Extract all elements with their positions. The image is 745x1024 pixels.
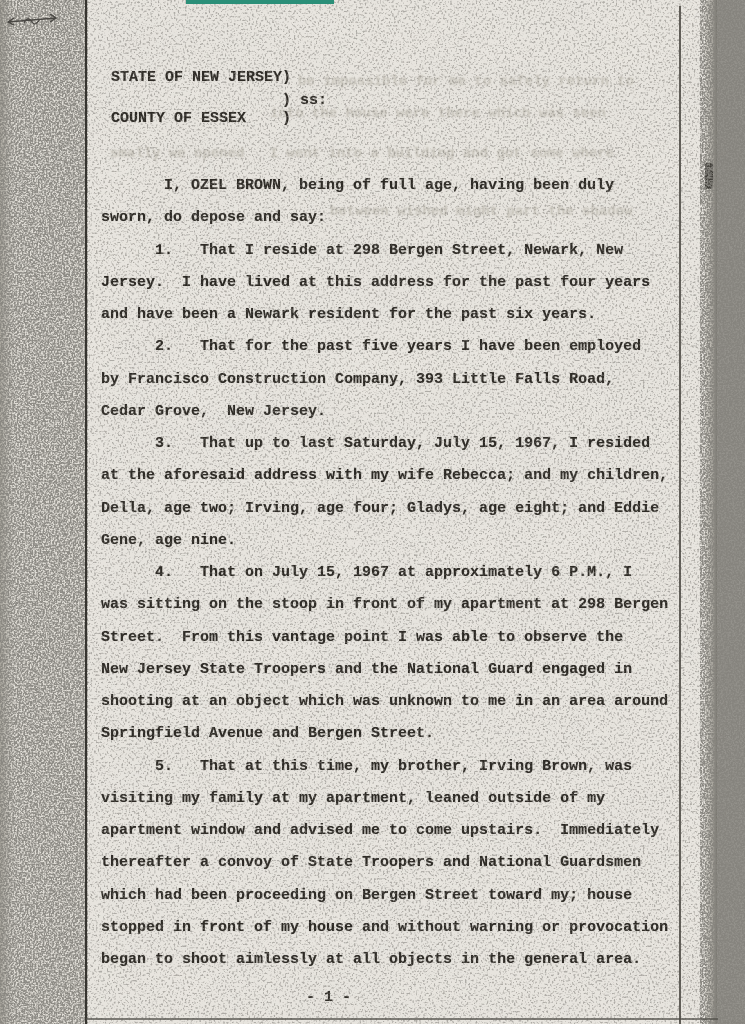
- affidavit-line: was sitting on the stoop in front of my …: [101, 589, 668, 621]
- affidavit-body: I, OZEL BROWN, being of full age, having…: [101, 170, 668, 976]
- pen-scribble-icon: [6, 10, 60, 30]
- affidavit-line: shooting at an object which was unknown …: [101, 686, 668, 718]
- affidavit-line: sworn, do depose and say:: [101, 202, 668, 234]
- left-scan-margin: [0, 0, 86, 1024]
- affidavit-line: Springfield Avenue and Bergen Street.: [101, 718, 668, 750]
- affidavit-line: and have been a Newark resident for the …: [101, 299, 668, 331]
- affidavit-line: by Francisco Construction Company, 393 L…: [101, 364, 668, 396]
- affidavit-line: 1. That I reside at 298 Bergen Street, N…: [101, 235, 668, 267]
- affidavit-line: I, OZEL BROWN, being of full age, having…: [101, 170, 668, 202]
- affidavit-line: which had been proceeding on Bergen Stre…: [101, 880, 668, 912]
- bottom-rule-line: [86, 1018, 718, 1020]
- affidavit-line: visiting my family at my apartment, lean…: [101, 783, 668, 815]
- page-number: - 1 -: [306, 989, 351, 1006]
- paper-right-edge: [705, 0, 717, 1024]
- caption-ss-line: ) ss:: [111, 92, 327, 110]
- affidavit-line: apartment window and advised me to come …: [101, 815, 668, 847]
- scanned-affidavit-page: be impossible for me to safely return to…: [0, 0, 745, 1024]
- affidavit-line: stopped in front of my house and without…: [101, 912, 668, 944]
- affidavit-line: Cedar Grove, New Jersey.: [101, 396, 668, 428]
- affidavit-line: thereafter a convoy of State Troopers an…: [101, 847, 668, 879]
- bleed-through-text: be impossible for me to safely return to: [298, 74, 634, 90]
- affidavit-line: at the aforesaid address with my wife Re…: [101, 460, 668, 492]
- affidavit-line: began to shoot aimlessly at all objects …: [101, 944, 668, 976]
- affidavit-line: 4. That on July 15, 1967 at approximatel…: [101, 557, 668, 589]
- affidavit-line: Street. From this vantage point I was ab…: [101, 622, 668, 654]
- affidavit-line: Gene, age nine.: [101, 525, 668, 557]
- right-scan-margin: [717, 0, 745, 1024]
- caption-county-line: COUNTY OF ESSEX ): [111, 110, 291, 128]
- affidavit-line: Della, age two; Irving, age four; Gladys…: [101, 493, 668, 525]
- scanner-artifact-strip: [186, 0, 334, 4]
- caption-state-line: STATE OF NEW JERSEY): [111, 69, 291, 87]
- left-rule-line: [85, 0, 87, 1024]
- affidavit-line: Jersey. I have lived at this address for…: [101, 267, 668, 299]
- affidavit-line: 2. That for the past five years I have b…: [101, 331, 668, 363]
- right-rule-line: [679, 6, 681, 1024]
- affidavit-line: New Jersey State Troopers and the Nation…: [101, 654, 668, 686]
- left-edge-shadow: [0, 0, 14, 1024]
- bleed-through-text: smally we opened I went into a building …: [110, 146, 614, 162]
- edge-ink-mark: [705, 163, 713, 189]
- affidavit-line: 5. That at this time, my brother, Irving…: [101, 751, 668, 783]
- affidavit-line: 3. That up to last Saturday, July 15, 19…: [101, 428, 668, 460]
